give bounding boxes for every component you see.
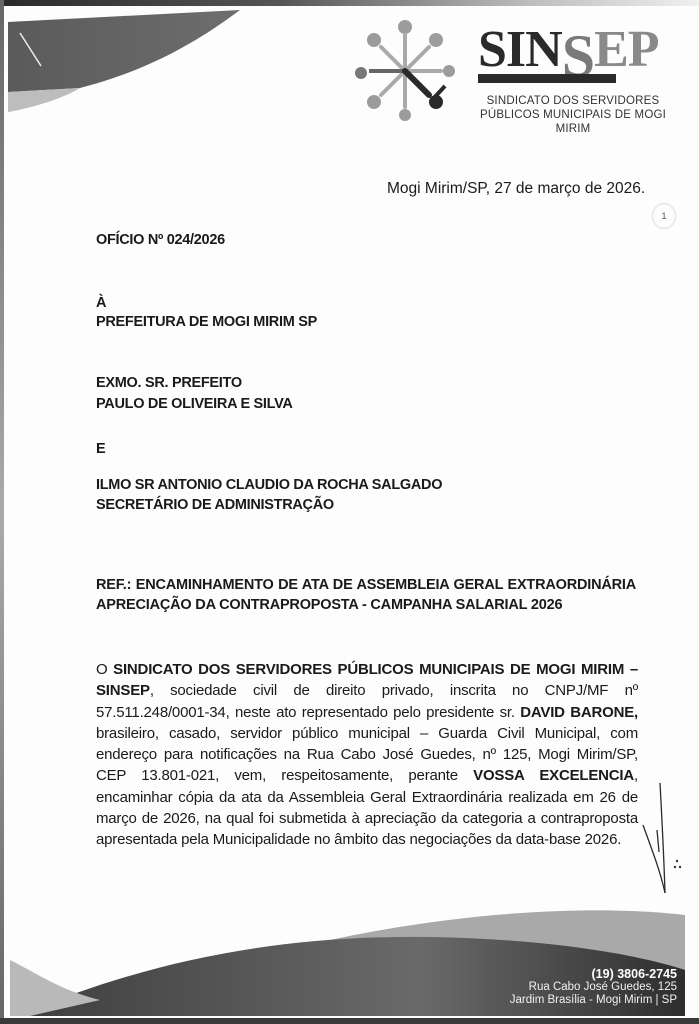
sinsep-logo: SINSEP SINDICATO DOS SERVIDORES PÚBLICOS…	[350, 16, 680, 131]
date-line: Mogi Mirim/SP, 27 de março de 2026.	[387, 180, 645, 198]
recipient-title-1: EXMO. SR. PREFEITO	[96, 375, 242, 391]
recipient-name-2: ILMO SR ANTONIO CLAUDIO DA ROCHA SALGADO	[96, 477, 442, 493]
recipient-conjunction: E	[96, 441, 105, 457]
signature	[643, 783, 665, 893]
letter-page: SINSEP SINDICATO DOS SERVIDORES PÚBLICOS…	[0, 0, 699, 1024]
recipient-institution: PREFEITURA DE MOGI MIRIM SP	[96, 314, 317, 330]
recipient-name-1: PAULO DE OLIVEIRA E SILVA	[96, 396, 293, 412]
brand-wordmark: SINSEP	[478, 16, 659, 80]
addressee: VOSSA EXCELENCIA	[473, 767, 634, 784]
recipient-title-2: SECRETÁRIO DE ADMINISTRAÇÃO	[96, 497, 334, 513]
oficio-number: OFÍCIO Nº 024/2026	[96, 232, 225, 248]
recipient-prefix: À	[96, 295, 106, 311]
body-paragraph: O SINDICATO DOS SERVIDORES PÚBLICOS MUNI…	[96, 659, 638, 851]
footer-address-1: Rua Cabo José Guedes, 125	[510, 981, 677, 994]
people-circle-icon	[350, 16, 460, 126]
president-name: DAVID BARONE,	[520, 704, 638, 721]
footer-address-2: Jardim Brasília - Mogi Mirim | SP	[510, 994, 677, 1007]
reference-subject: REF.: ENCAMINHAMENTO DE ATA DE ASSEMBLEI…	[96, 575, 636, 615]
brand-subtitle: SINDICATO DOS SERVIDORES PÚBLICOS MUNICI…	[468, 94, 678, 136]
brand-underline	[478, 74, 616, 83]
scan-shadow-bottom	[0, 1018, 699, 1024]
footer-contact: (19) 3806-2745 Rua Cabo José Guedes, 125…	[510, 968, 677, 1007]
footer-phone: (19) 3806-2745	[510, 968, 677, 981]
top-swoosh	[8, 10, 240, 92]
page-stamp: 1	[652, 203, 676, 229]
